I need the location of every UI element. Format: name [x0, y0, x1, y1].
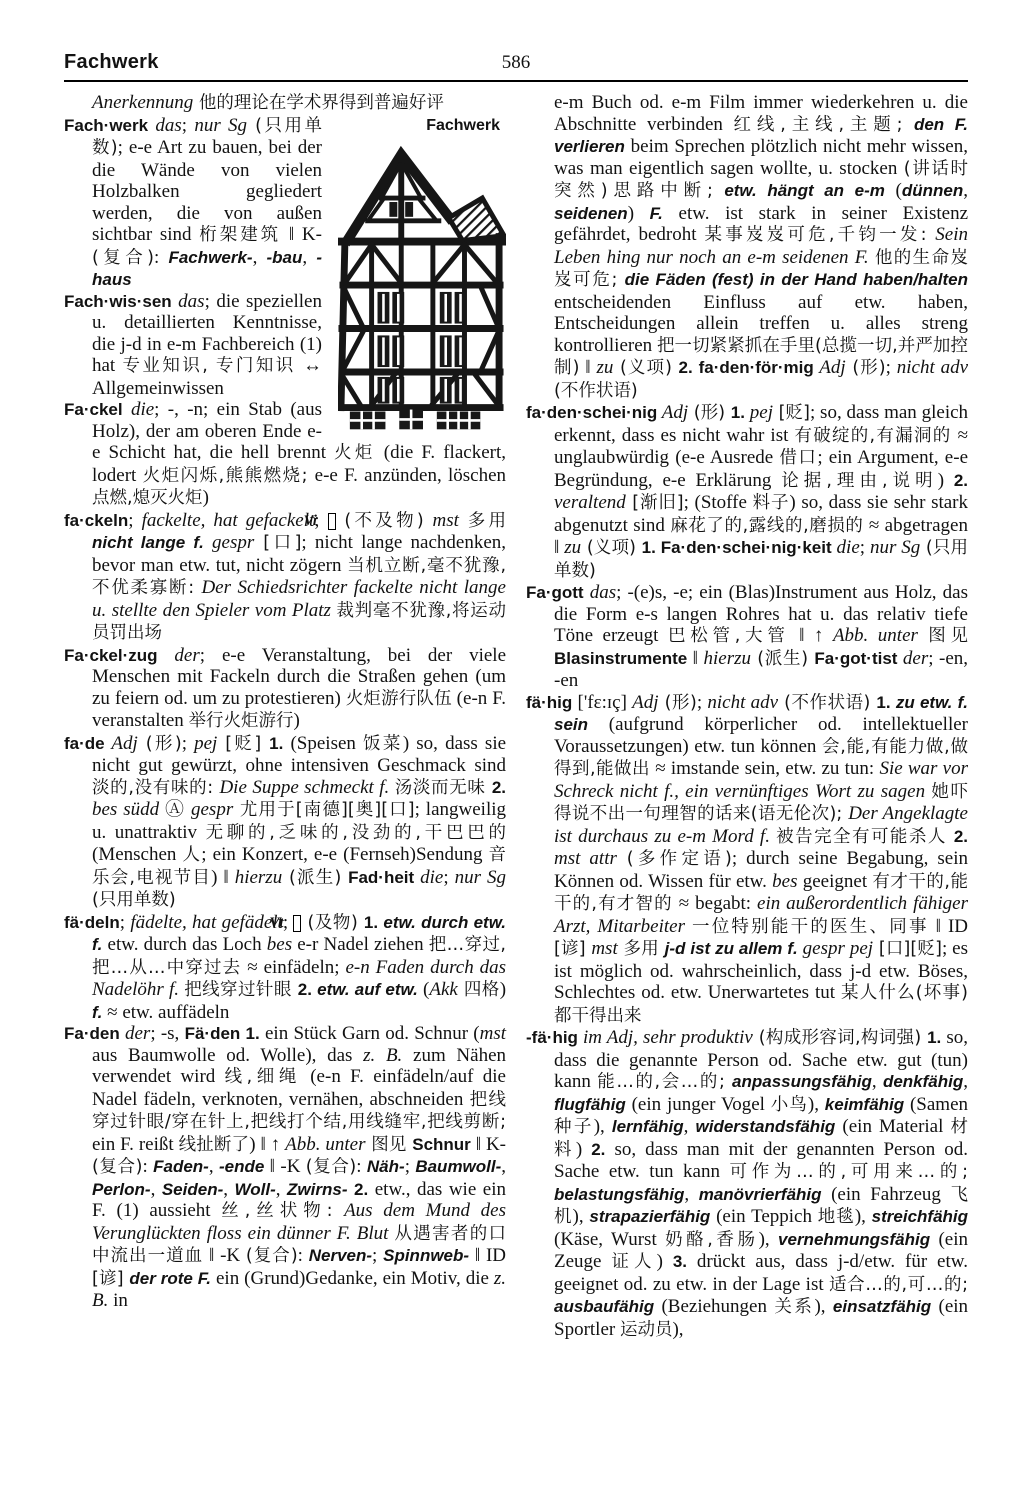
text-segment: Näh- — [367, 1157, 405, 1176]
text-segment: fä·deln — [64, 913, 120, 932]
text-segment: Fa·gott — [526, 583, 584, 602]
text-segment: 麻花了的,露线的,磨损的 — [670, 516, 863, 536]
text-segment: 奶酪,香肠 — [665, 1230, 759, 1250]
text-segment: 小鸟 — [771, 1095, 808, 1115]
text-segment: 四格 — [458, 980, 500, 1000]
text-segment: veraltend — [554, 492, 626, 513]
text-segment: ein Stück Garn od. Schnur ( — [260, 1023, 480, 1044]
page-number: 586 — [502, 52, 531, 74]
text-segment: , — [684, 1116, 696, 1137]
text-segment: die — [832, 537, 860, 558]
text-segment: : — [298, 1245, 309, 1266]
figure-caption: Fachwerk — [330, 115, 506, 137]
text-segment: ) — [294, 710, 300, 731]
text-segment: ) — [657, 1251, 673, 1272]
text-segment: widerstandsfähig — [696, 1117, 836, 1136]
text-segment: z. B. — [363, 1045, 402, 1066]
text-segment: 人 — [182, 845, 201, 865]
text-segment: zu — [596, 357, 613, 378]
text-segment: ein (Grund)Gedanke, ein Motiv, die — [211, 1268, 494, 1289]
text-segment: Fachwerk- — [168, 248, 252, 267]
text-segment: ( — [418, 979, 430, 1000]
entry-fackelzug: Fa·ckel·zug der; e-e Veranstaltung, bei … — [64, 645, 506, 733]
guide-word: Fachwerk — [64, 51, 159, 73]
text-segment: f. — [92, 1003, 102, 1022]
text-segment: nur Sg — [870, 537, 920, 558]
text-segment: Blasinstrumente — [554, 649, 687, 668]
text-segment: pej — [194, 733, 217, 754]
text-segment: nicht adv — [707, 692, 778, 713]
text-segment: (只用单数) — [92, 890, 176, 910]
text-segment: ; — [443, 867, 454, 888]
text-segment: bes südd — [92, 799, 159, 820]
entry-faden: Fa·den der; -s, Fä·den 1. ein Stück Garn… — [64, 1023, 506, 1312]
text-segment: 关系 — [774, 1297, 814, 1317]
text-segment: , — [963, 180, 968, 201]
text-segment: 适合…的,可…的; — [829, 1275, 968, 1295]
text-segment: 多用 — [618, 939, 665, 959]
text-segment: 运动员 — [620, 1320, 673, 1340]
text-segment: , — [872, 1071, 883, 1092]
text-segment: , — [684, 1184, 698, 1205]
text-segment: (及物) — [301, 913, 364, 933]
text-segment: [贬] — [773, 403, 810, 423]
text-segment: Nerven- — [309, 1246, 372, 1265]
text-segment: 1. — [876, 693, 890, 712]
text-segment: Anerkennung — [92, 92, 193, 113]
text-segment: 3. — [673, 1252, 687, 1271]
text-segment: (不及物) — [336, 511, 433, 531]
text-segment: ‖ K- — [471, 1134, 506, 1155]
text-segment: das — [172, 291, 205, 312]
text-segment — [204, 532, 212, 553]
text-segment: ) — [938, 470, 954, 491]
text-segment: 巴松管,大管 — [668, 626, 790, 646]
entry-faehig: fä·hig ['fɛ:ɪç] Adj (形); nicht adv (不作状语… — [526, 692, 968, 1028]
text-segment: (复合) — [306, 1157, 356, 1177]
text-segment: (Samen — [904, 1094, 968, 1115]
text-segment: ; — [120, 912, 131, 933]
text-segment: Fad·heit — [348, 868, 414, 887]
text-segment: ; — [182, 115, 195, 136]
text-segment: mst — [591, 938, 617, 959]
right-column-entries: e-m Buch od. e-m Film immer wiederkehren… — [526, 92, 968, 1341]
text-segment: j-d ist zu allem f. — [665, 939, 798, 958]
text-segment: Adj — [814, 357, 846, 378]
text-segment: 2. — [679, 358, 693, 377]
text-segment: belastungsfähig — [554, 1185, 684, 1204]
text-segment: 丝,丝状物: — [221, 1201, 344, 1221]
text-segment: , — [302, 247, 316, 268]
text-segment: 图见 — [918, 626, 968, 646]
text-segment: seidenen — [554, 204, 628, 223]
text-segment: 多用 — [459, 511, 506, 531]
text-segment: ≈ einfädeln; — [241, 957, 345, 978]
text-segment: -fä·hig — [526, 1028, 578, 1047]
text-segment: anpassungsfähig — [732, 1072, 872, 1091]
text-segment: ein F. reißt — [92, 1134, 179, 1155]
text-segment: gespr pej — [803, 938, 873, 959]
text-segment: 1. — [927, 1028, 941, 1047]
text-segment: 把线穿过针眼 — [184, 980, 298, 1000]
text-segment: in — [108, 1290, 128, 1311]
text-segment: fa·den·schei·nig — [526, 403, 657, 422]
text-segment: ), — [855, 1206, 872, 1227]
text-segment: hierzu — [703, 648, 751, 669]
text-segment: Schnur — [412, 1135, 471, 1154]
text-segment: 淡的,没有味的: — [92, 778, 219, 798]
text-segment: der rote F. — [129, 1269, 211, 1288]
text-segment: ‖ -K — [203, 1245, 246, 1266]
text-segment: bes — [772, 871, 797, 892]
entry-faedeln: fä·deln; fädelte, hat gefädelt; Vt (及物) … — [64, 912, 506, 1024]
text-segment: streichfähig — [872, 1207, 968, 1226]
text-segment: 1. — [364, 913, 378, 932]
text-segment: Seiden- — [162, 1180, 223, 1199]
text-segment: gespr — [191, 799, 233, 820]
text-segment: Abb. unter — [285, 1134, 365, 1155]
text-segment: Fach·werk — [64, 116, 148, 135]
text-segment: mst — [433, 510, 459, 531]
text-segment: Adj — [105, 733, 138, 754]
text-segment: 无聊的,乏味的,没劲的,干巴巴的 — [206, 823, 506, 843]
text-segment: 一位特别能干的医生、同事 — [692, 917, 929, 937]
text-segment: : — [142, 1156, 153, 1177]
text-segment: flugfähig — [554, 1095, 626, 1114]
text-segment: 线,细绳 — [225, 1067, 301, 1087]
text-segment: 证人 — [611, 1252, 656, 1272]
text-segment — [685, 916, 692, 937]
text-segment: ) — [628, 203, 650, 224]
entry-fade: fa·de Adj (形); pej [贬] 1. (Speisen 饭菜) s… — [64, 733, 506, 912]
text-segment: 图见 — [365, 1135, 412, 1155]
text-segment: 火炬游行队伍 — [346, 689, 452, 709]
text-segment: 2. — [354, 1180, 368, 1199]
text-segment: ‖ — [687, 648, 703, 669]
text-segment: 2. — [954, 827, 968, 846]
text-segment: ; — [283, 912, 294, 933]
text-segment: der — [120, 1023, 151, 1044]
text-segment: (构成形容词,构词强) — [753, 1028, 927, 1048]
text-segment: , — [963, 1071, 968, 1092]
text-segment: gespr — [212, 532, 254, 553]
text-segment: ), — [672, 1319, 683, 1340]
text-segment: (形) — [659, 693, 697, 713]
text-segment: 种子 — [554, 1117, 594, 1137]
text-segment: Fach·wis·sen — [64, 292, 172, 311]
text-segment: , — [209, 1156, 219, 1177]
text-segment: [谚] — [554, 939, 591, 959]
text-segment: das — [148, 115, 182, 136]
text-segment: (复合) — [246, 1246, 298, 1266]
text-segment: ‖ K- — [281, 224, 322, 245]
text-segment: nicht adv — [897, 357, 968, 378]
text-segment: ) — [203, 487, 209, 508]
text-segment: 2. — [492, 778, 506, 797]
text-segment: ; — [886, 357, 897, 378]
text-segment: ), — [573, 1206, 590, 1227]
text-segment: 尤用于[南德][奥][口] — [233, 800, 414, 820]
text-segment: 1. — [269, 734, 283, 753]
text-segment: ; — [372, 1245, 383, 1266]
text-segment: Vt — [293, 915, 301, 932]
text-segment: ( — [885, 180, 902, 201]
text-segment: -ende — [219, 1157, 264, 1176]
text-segment: ) ‖ — [211, 867, 235, 888]
left-column: Anerkennung 他的理论在学术界得到普遍好评 Fachwerk — [64, 92, 506, 1341]
text-segment: Fa·ckel·zug — [64, 646, 158, 665]
text-segment: [贬] — [217, 734, 269, 754]
text-segment: vernehmungsfähig — [778, 1230, 930, 1249]
text-segment: der — [158, 645, 200, 666]
text-segment: 他的理论在学术界得到普遍好评 — [193, 93, 444, 113]
text-segment: (ein Teppich — [710, 1206, 817, 1227]
page-header: Fachwerk 586 — [64, 52, 968, 82]
text-segment: ; -s, — [150, 1023, 184, 1044]
text-segment: 能…的,会…的; — [597, 1072, 732, 1092]
text-segment: 火炬闪烁,熊熊燃烧; — [143, 466, 315, 486]
text-segment: 1. — [642, 538, 656, 557]
text-segment: ; ein Konzert, e-e (Fernseh)Sendung — [201, 844, 488, 865]
text-segment: 地毯 — [818, 1207, 855, 1227]
text-segment: der — [897, 648, 928, 669]
text-segment: Die Suppe schmeckt f. — [219, 777, 389, 798]
text-segment: fa·den·för·mig — [699, 358, 814, 377]
text-segment: Fa·den·schei·nig·keit — [661, 538, 832, 557]
text-segment: ‖ ID — [929, 916, 968, 937]
text-segment: ; — [405, 1156, 416, 1177]
text-segment: Faden- — [153, 1157, 209, 1176]
text-segment: (义项) — [581, 538, 641, 558]
text-segment: Adj — [657, 402, 688, 423]
text-segment: (ein Fahrzeug — [822, 1184, 951, 1205]
text-segment: ), — [808, 1094, 825, 1115]
text-segment: 2. — [298, 980, 312, 999]
text-segment: (Speisen — [283, 733, 363, 754]
fachwerk-figure: Fachwerk — [330, 115, 506, 437]
entry-faden-continuation: e-m Buch od. e-m Film immer wiederkehren… — [526, 92, 968, 402]
text-segment: (形) — [688, 403, 731, 423]
text-segment: Ⓐ — [159, 799, 191, 820]
text-segment: Spinnweb- — [383, 1246, 469, 1265]
text-segment: ‖ ID — [469, 1245, 506, 1266]
text-segment: nur Sg — [194, 115, 247, 136]
text-segment: Abb. unter — [833, 625, 918, 646]
text-segment: die Fäden (fest) in der Hand haben/halte… — [625, 270, 968, 289]
text-segment: [口] — [254, 533, 301, 553]
entry-fagott: Fa·gott das; -(e)s, -e; ein (Blas)Instru… — [526, 582, 968, 692]
text-segment: die — [123, 399, 155, 420]
text-segment: Perlon- — [92, 1180, 151, 1199]
text-segment: Fa·den — [64, 1024, 120, 1043]
text-segment: (ein junger Vogel — [626, 1094, 771, 1115]
text-segment: 某事岌岌可危,千钧一发: — [704, 225, 935, 245]
text-segment: fa·de — [64, 734, 105, 753]
text-segment: (不作状语) — [554, 381, 638, 401]
text-segment: [谚] — [92, 1269, 129, 1289]
text-segment: fa·ckeln — [64, 511, 128, 530]
text-segment: 红线,主线,主题; — [734, 115, 914, 135]
text-segment: aus Baumwolle od. Wolle), das — [92, 1045, 363, 1066]
text-segment: : — [154, 247, 168, 268]
text-segment: , — [151, 1179, 162, 1200]
text-segment: zu — [564, 537, 581, 558]
text-segment: Adj — [632, 692, 658, 713]
text-segment: (Käse, Wurst — [554, 1229, 665, 1250]
text-segment: (复合) — [92, 248, 154, 268]
entry-fackeln: fa·ckeln; fackelte, hat gefackelt; Vi (不… — [64, 510, 506, 645]
text-segment: 线扯断了 — [179, 1135, 250, 1155]
text-segment: 桁架建筑 — [199, 225, 281, 245]
text-segment: hierzu — [235, 867, 283, 888]
text-segment: im Adj, sehr produktiv — [578, 1027, 753, 1048]
text-segment: keimfähig — [825, 1095, 904, 1114]
text-segment: ; (Stoffe — [684, 492, 753, 513]
text-segment: (形) — [846, 358, 886, 378]
text-segment: 被告完全有可能杀人 — [776, 827, 954, 847]
text-segment: dünnen — [902, 181, 963, 200]
entry-fadenscheinig: fa·den·schei·nig Adj (形) 1. pej [贬]; so,… — [526, 402, 968, 582]
text-segment: 专业知识, 专门知识 — [122, 356, 295, 376]
text-segment: (形) — [138, 734, 182, 754]
text-segment: (不作状语) — [778, 693, 876, 713]
text-segment: ; — [697, 692, 708, 713]
text-segment: ), — [594, 1116, 612, 1137]
text-segment: lernfähig — [612, 1117, 684, 1136]
text-segment: , — [501, 1156, 506, 1177]
text-segment: Baumwoll- — [415, 1157, 501, 1176]
text-segment: etw. durch das Loch — [102, 934, 266, 955]
text-segment: 料子 — [753, 493, 790, 513]
text-segment: etw. auf etw. — [317, 980, 418, 999]
text-segment: F. — [650, 204, 663, 223]
text-segment: 可作为…的,可用来…的; — [729, 1162, 968, 1182]
text-segment: -bau — [267, 248, 303, 267]
text-segment: (派生) — [751, 649, 814, 669]
text-segment: ) — [500, 979, 506, 1000]
text-segment: ), — [814, 1296, 832, 1317]
text-segment: (Beziehungen — [654, 1296, 774, 1317]
text-segment: Vi — [328, 513, 336, 530]
text-segment: Fa·ckel — [64, 400, 123, 419]
text-segment: Fa·got·tist — [814, 649, 897, 668]
text-segment: (多作定语) — [617, 849, 732, 869]
text-segment: geeignet — [797, 871, 872, 892]
text-segment: bes — [267, 934, 292, 955]
text-segment: ) — [576, 1139, 591, 1160]
text-segment: 2. — [591, 1140, 605, 1159]
text-segment: manövrierfähig — [699, 1185, 822, 1204]
text-segment: ‖ ↑ — [790, 625, 833, 646]
text-segment: etw. hängt an e-m — [724, 181, 885, 200]
text-segment: mst attr — [554, 848, 617, 869]
text-segment: strapazierfähig — [589, 1207, 710, 1226]
text-segment: fackelte, hat gefackelt — [142, 510, 315, 531]
text-segment: ‖ — [579, 357, 596, 378]
text-segment: ; — [128, 510, 141, 531]
text-segment: , — [253, 247, 267, 268]
text-segment: denkfähig — [883, 1072, 963, 1091]
text-segment: nur Sg — [455, 867, 506, 888]
entry-continuation-anerkennung: Anerkennung 他的理论在学术界得到普遍好评 — [64, 92, 506, 115]
text-segment: , — [223, 1179, 234, 1200]
text-segment: ; — [182, 733, 194, 754]
text-segment: e-e F. anzünden, löschen — [315, 465, 506, 486]
text-segment: [渐旧] — [626, 493, 684, 513]
text-segment: (Menschen — [92, 844, 182, 865]
text-segment: ) ‖ ↑ — [249, 1134, 285, 1155]
text-segment: 1. — [246, 1024, 260, 1043]
dictionary-page: Fachwerk 586 Anerkennung 他的理论在学术界得到普遍好评 … — [0, 0, 1016, 1500]
text-segment: (义项) — [613, 358, 678, 378]
text-segment: ['fɛ:ɪç] — [572, 692, 632, 713]
text-segment: (ein Material — [835, 1116, 950, 1137]
text-segment: Woll- — [235, 1180, 276, 1199]
text-segment: pej — [750, 402, 773, 423]
text-segment: mst — [480, 1023, 506, 1044]
text-segment: ; — [860, 537, 870, 558]
text-segment: (派生) — [282, 868, 348, 888]
text-segment: 举行火炬游行 — [189, 711, 294, 731]
text-segment: fä·hig — [526, 693, 572, 712]
text-segment: die — [414, 867, 443, 888]
text-segment: 1. — [731, 403, 745, 422]
text-segment: 点燃,熄灭火炬 — [92, 488, 203, 508]
right-column: e-m Buch od. e-m Film immer wiederkehren… — [526, 92, 968, 1341]
text-segment: , — [276, 1179, 287, 1200]
text-segment: ≈ etw. auffädeln — [102, 1002, 229, 1023]
text-segment: ≈ begabt: — [673, 893, 757, 914]
text-segment: 论据,理由,说明 — [781, 471, 937, 491]
text-segment: Zwirns- — [287, 1180, 347, 1199]
text-segment: 有破绽的,有漏洞的 — [794, 426, 951, 446]
text-segment: ‖ -K — [264, 1156, 305, 1177]
text-segment: : — [356, 1156, 367, 1177]
text-segment: Akk — [429, 979, 457, 1000]
text-segment: nicht lange f. — [92, 533, 204, 552]
fachwerk-house-illustration — [338, 138, 506, 436]
text-segment: [口][贬] — [873, 939, 942, 959]
text-columns: Anerkennung 他的理论在学术界得到普遍好评 Fachwerk — [64, 92, 968, 1341]
text-segment: fädelte, hat gefädelt — [130, 912, 283, 933]
text-segment: einsatzfähig — [833, 1297, 931, 1316]
left-column-lead: Anerkennung 他的理论在学术界得到普遍好评 — [64, 92, 506, 115]
text-segment: ≈ imstande sein, etw. zu tun: — [650, 758, 879, 779]
text-segment: 饭菜 — [363, 734, 403, 754]
text-segment: e-r Nadel ziehen — [292, 934, 429, 955]
text-segment: (复合) — [92, 1157, 142, 1177]
text-segment: ausbaufähig — [554, 1297, 654, 1316]
text-segment: Fä·den — [185, 1024, 241, 1043]
text-segment: 2. — [954, 471, 968, 490]
text-segment: 借口 — [779, 448, 817, 468]
text-segment: das — [584, 582, 617, 603]
entry-faehig-suffix: -fä·hig im Adj, sehr produktiv (构成形容词,构词… — [526, 1027, 968, 1341]
text-segment: 火炬 — [334, 443, 376, 463]
text-segment: 汤淡而无味 — [395, 778, 492, 798]
text-segment: ), — [759, 1229, 778, 1250]
